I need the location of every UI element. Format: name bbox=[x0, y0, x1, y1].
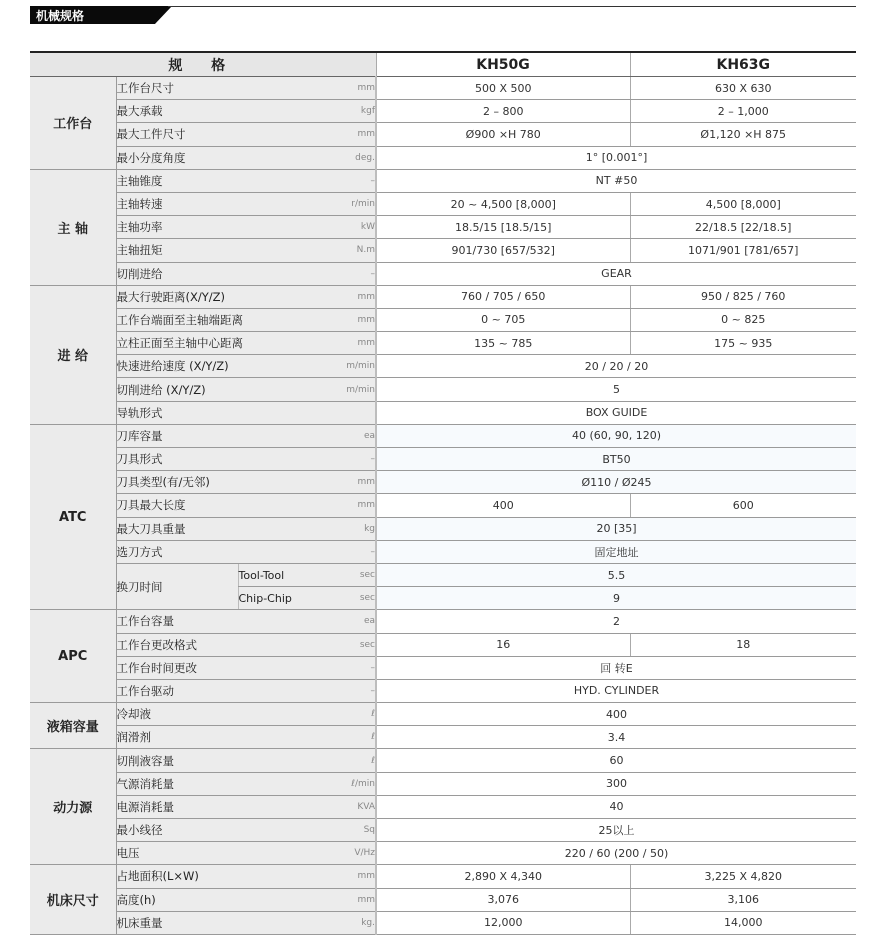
spec-item-label: 最小线径 bbox=[116, 819, 324, 842]
table-row: 选刀方式–固定地址 bbox=[30, 540, 856, 563]
unit-label: ℓ bbox=[324, 703, 376, 726]
value-kh50g: 901/730 [657/532] bbox=[376, 239, 630, 262]
unit-label: mm bbox=[324, 77, 376, 100]
shared-value: 5.5 bbox=[376, 563, 856, 586]
table-row: 快速进给速度 (X/Y/Z)m/min20 / 20 / 20 bbox=[30, 355, 856, 378]
spec-item-label: 刀具最大长度 bbox=[116, 494, 324, 517]
value-kh50g: 16 bbox=[376, 633, 630, 656]
spec-item-label: 机床重量 bbox=[116, 911, 324, 934]
unit-label: – bbox=[324, 262, 376, 285]
unit-label: kg bbox=[324, 517, 376, 540]
table-row: 切削进给 (X/Y/Z)m/min5 bbox=[30, 378, 856, 401]
value-kh63g: 22/18.5 [22/18.5] bbox=[630, 216, 856, 239]
value-kh50g: 0 ~ 705 bbox=[376, 308, 630, 331]
unit-label: kW bbox=[324, 216, 376, 239]
model-header-kh50g: KH50G bbox=[376, 52, 630, 77]
section-title: 机械规格 bbox=[36, 7, 84, 24]
table-row: 工作台工作台尺寸mm500 X 500630 X 630 bbox=[30, 77, 856, 100]
table-row: 主轴功率kW18.5/15 [18.5/15]22/18.5 [22/18.5] bbox=[30, 216, 856, 239]
table-row: ATC刀库容量ea40 (60, 90, 120) bbox=[30, 424, 856, 447]
category-label: APC bbox=[30, 610, 116, 703]
spec-table: 规 格 KH50G KH63G 工作台工作台尺寸mm500 X 500630 X… bbox=[30, 51, 856, 935]
spec-item-label: 占地面积(L×W) bbox=[116, 865, 324, 888]
shared-value: HYD. CYLINDER bbox=[376, 679, 856, 702]
table-row: 气源消耗量ℓ/min300 bbox=[30, 772, 856, 795]
table-row: 刀具最大长度mm400600 bbox=[30, 494, 856, 517]
category-label: 进 给 bbox=[30, 285, 116, 424]
spec-item-label: 最大工件尺寸 bbox=[116, 123, 324, 146]
category-label: 动力源 bbox=[30, 749, 116, 865]
unit-label: kgf bbox=[324, 100, 376, 123]
spec-item-label: 快速进给速度 (X/Y/Z) bbox=[116, 355, 324, 378]
unit-label bbox=[324, 401, 376, 424]
spec-subitem-label: Tool-Tool bbox=[238, 563, 324, 586]
spec-item-label: 气源消耗量 bbox=[116, 772, 324, 795]
spec-item-label: 刀库容量 bbox=[116, 424, 324, 447]
value-kh63g: 18 bbox=[630, 633, 856, 656]
table-row: 立柱正面至主轴中心距离mm135 ~ 785175 ~ 935 bbox=[30, 332, 856, 355]
value-kh50g: 18.5/15 [18.5/15] bbox=[376, 216, 630, 239]
section-title-bar: 机械规格 bbox=[30, 6, 856, 24]
unit-label: ℓ bbox=[324, 749, 376, 772]
unit-label: ea bbox=[324, 424, 376, 447]
spec-item-label: 主轴功率 bbox=[116, 216, 324, 239]
table-row: 导轨形式BOX GUIDE bbox=[30, 401, 856, 424]
spec-item-label: 工作台时间更改 bbox=[116, 656, 324, 679]
unit-label: kg. bbox=[324, 911, 376, 934]
spec-item-label: 工作台驱动 bbox=[116, 679, 324, 702]
table-row: 进 给最大行驶距离(X/Y/Z)mm760 / 705 / 650950 / 8… bbox=[30, 285, 856, 308]
shared-value: BT50 bbox=[376, 448, 856, 471]
value-kh63g: 4,500 [8,000] bbox=[630, 192, 856, 215]
table-row: 动力源切削液容量ℓ60 bbox=[30, 749, 856, 772]
spec-item-label: 工作台端面至主轴端距离 bbox=[116, 308, 324, 331]
unit-label: mm bbox=[324, 471, 376, 494]
table-row: 最小分度角度deg.1° [0.001°] bbox=[30, 146, 856, 169]
shared-value: 9 bbox=[376, 587, 856, 610]
shared-value: 回 转E bbox=[376, 656, 856, 679]
table-row: 液箱容量冷却液ℓ400 bbox=[30, 703, 856, 726]
spec-item-label: 电压 bbox=[116, 842, 324, 865]
spec-item-label: 高度(h) bbox=[116, 888, 324, 911]
table-row: 润滑剂ℓ3.4 bbox=[30, 726, 856, 749]
shared-value: 25以上 bbox=[376, 819, 856, 842]
spec-item-label: 选刀方式 bbox=[116, 540, 324, 563]
shared-value: GEAR bbox=[376, 262, 856, 285]
unit-label: V/Hz bbox=[324, 842, 376, 865]
value-kh50g: 20 ~ 4,500 [8,000] bbox=[376, 192, 630, 215]
unit-label: m/min bbox=[324, 378, 376, 401]
value-kh63g: 2 – 1,000 bbox=[630, 100, 856, 123]
value-kh63g: 950 / 825 / 760 bbox=[630, 285, 856, 308]
unit-label: – bbox=[324, 679, 376, 702]
table-row: 机床重量kg.12,00014,000 bbox=[30, 911, 856, 934]
unit-label: ℓ bbox=[324, 726, 376, 749]
unit-label: sec bbox=[324, 633, 376, 656]
table-row: 最大工件尺寸mmØ900 ×H 780Ø1,120 ×H 875 bbox=[30, 123, 856, 146]
shared-value: 60 bbox=[376, 749, 856, 772]
table-row: 机床尺寸占地面积(L×W)mm2,890 X 4,3403,225 X 4,82… bbox=[30, 865, 856, 888]
title-divider bbox=[168, 6, 856, 7]
table-header-row: 规 格 KH50G KH63G bbox=[30, 52, 856, 77]
shared-value: 400 bbox=[376, 703, 856, 726]
unit-label: mm bbox=[324, 888, 376, 911]
shared-value: 固定地址 bbox=[376, 540, 856, 563]
unit-label: mm bbox=[324, 332, 376, 355]
spec-item-label: 最大刀具重量 bbox=[116, 517, 324, 540]
spec-item-label: 导轨形式 bbox=[116, 401, 324, 424]
unit-label: – bbox=[324, 448, 376, 471]
value-kh50g: Ø900 ×H 780 bbox=[376, 123, 630, 146]
value-kh63g: 14,000 bbox=[630, 911, 856, 934]
value-kh63g: 600 bbox=[630, 494, 856, 517]
shared-value: 1° [0.001°] bbox=[376, 146, 856, 169]
table-row: 工作台更改格式sec1618 bbox=[30, 633, 856, 656]
table-row: 刀具形式–BT50 bbox=[30, 448, 856, 471]
spec-item-label: 主轴扭矩 bbox=[116, 239, 324, 262]
spec-item-label: 冷却液 bbox=[116, 703, 324, 726]
unit-label: mm bbox=[324, 865, 376, 888]
table-row: 工作台端面至主轴端距离mm0 ~ 7050 ~ 825 bbox=[30, 308, 856, 331]
table-row: 工作台时间更改–回 转E bbox=[30, 656, 856, 679]
spec-item-label: 立柱正面至主轴中心距离 bbox=[116, 332, 324, 355]
spec-item-label: 最小分度角度 bbox=[116, 146, 324, 169]
unit-label: sec bbox=[324, 587, 376, 610]
value-kh63g: 630 X 630 bbox=[630, 77, 856, 100]
shared-value: 5 bbox=[376, 378, 856, 401]
shared-value: 3.4 bbox=[376, 726, 856, 749]
table-row: 最小线径Sq25以上 bbox=[30, 819, 856, 842]
spec-item-label: 润滑剂 bbox=[116, 726, 324, 749]
table-row: 主轴扭矩N.m901/730 [657/532]1071/901 [781/65… bbox=[30, 239, 856, 262]
spec-item-label: 主轴锥度 bbox=[116, 169, 324, 192]
category-label: ATC bbox=[30, 424, 116, 610]
value-kh63g: Ø1,120 ×H 875 bbox=[630, 123, 856, 146]
table-row: 工作台驱动–HYD. CYLINDER bbox=[30, 679, 856, 702]
spec-item-label: 工作台尺寸 bbox=[116, 77, 324, 100]
spec-item-label: 最大承载 bbox=[116, 100, 324, 123]
spec-table-body: 工作台工作台尺寸mm500 X 500630 X 630最大承载kgf2 – 8… bbox=[30, 77, 856, 935]
spec-column-header: 规 格 bbox=[30, 52, 376, 77]
value-kh63g: 3,225 X 4,820 bbox=[630, 865, 856, 888]
value-kh63g: 1071/901 [781/657] bbox=[630, 239, 856, 262]
spec-subitem-label: Chip-Chip bbox=[238, 587, 324, 610]
table-row: 主轴转速r/min20 ~ 4,500 [8,000]4,500 [8,000] bbox=[30, 192, 856, 215]
table-row: 电压V/Hz220 / 60 (200 / 50) bbox=[30, 842, 856, 865]
spec-item-label: 工作台容量 bbox=[116, 610, 324, 633]
shared-value: 20 / 20 / 20 bbox=[376, 355, 856, 378]
unit-label: ℓ/min bbox=[324, 772, 376, 795]
value-kh50g: 3,076 bbox=[376, 888, 630, 911]
shared-value: 40 bbox=[376, 795, 856, 818]
unit-label: KVA bbox=[324, 795, 376, 818]
value-kh50g: 760 / 705 / 650 bbox=[376, 285, 630, 308]
spec-item-label: 刀具形式 bbox=[116, 448, 324, 471]
unit-label: – bbox=[324, 540, 376, 563]
table-row: 电源消耗量KVA40 bbox=[30, 795, 856, 818]
category-label: 机床尺寸 bbox=[30, 865, 116, 935]
category-label: 主 轴 bbox=[30, 169, 116, 285]
value-kh63g: 0 ~ 825 bbox=[630, 308, 856, 331]
shared-value: 2 bbox=[376, 610, 856, 633]
table-row: 最大承载kgf2 – 8002 – 1,000 bbox=[30, 100, 856, 123]
model-header-kh63g: KH63G bbox=[630, 52, 856, 77]
spec-item-label: 切削液容量 bbox=[116, 749, 324, 772]
spec-item-label: 切削进给 bbox=[116, 262, 324, 285]
unit-label: mm bbox=[324, 494, 376, 517]
spec-item-label: 换刀时间 bbox=[116, 563, 238, 609]
unit-label: N.m bbox=[324, 239, 376, 262]
table-row: 刀具类型(有/无邻)mmØ110 / Ø245 bbox=[30, 471, 856, 494]
shared-value: 220 / 60 (200 / 50) bbox=[376, 842, 856, 865]
category-label: 液箱容量 bbox=[30, 703, 116, 749]
spec-item-label: 切削进给 (X/Y/Z) bbox=[116, 378, 324, 401]
spec-item-label: 刀具类型(有/无邻) bbox=[116, 471, 324, 494]
shared-value: 300 bbox=[376, 772, 856, 795]
shared-value: NT #50 bbox=[376, 169, 856, 192]
spec-item-label: 最大行驶距离(X/Y/Z) bbox=[116, 285, 324, 308]
unit-label: mm bbox=[324, 285, 376, 308]
value-kh50g: 2 – 800 bbox=[376, 100, 630, 123]
spec-item-label: 工作台更改格式 bbox=[116, 633, 324, 656]
unit-label: – bbox=[324, 169, 376, 192]
value-kh50g: 2,890 X 4,340 bbox=[376, 865, 630, 888]
table-row: 最大刀具重量kg20 [35] bbox=[30, 517, 856, 540]
table-row: 切削进给–GEAR bbox=[30, 262, 856, 285]
value-kh63g: 175 ~ 935 bbox=[630, 332, 856, 355]
unit-label: mm bbox=[324, 308, 376, 331]
shared-value: 40 (60, 90, 120) bbox=[376, 424, 856, 447]
shared-value: 20 [35] bbox=[376, 517, 856, 540]
value-kh63g: 3,106 bbox=[630, 888, 856, 911]
value-kh50g: 135 ~ 785 bbox=[376, 332, 630, 355]
table-row: 高度(h)mm3,0763,106 bbox=[30, 888, 856, 911]
unit-label: – bbox=[324, 656, 376, 679]
value-kh50g: 400 bbox=[376, 494, 630, 517]
table-row: APC工作台容量ea2 bbox=[30, 610, 856, 633]
category-label: 工作台 bbox=[30, 77, 116, 170]
value-kh50g: 500 X 500 bbox=[376, 77, 630, 100]
unit-label: sec bbox=[324, 563, 376, 586]
value-kh50g: 12,000 bbox=[376, 911, 630, 934]
table-row: 换刀时间Tool-Toolsec5.5 bbox=[30, 563, 856, 586]
unit-label: deg. bbox=[324, 146, 376, 169]
unit-label: m/min bbox=[324, 355, 376, 378]
unit-label: r/min bbox=[324, 192, 376, 215]
shared-value: BOX GUIDE bbox=[376, 401, 856, 424]
unit-label: ea bbox=[324, 610, 376, 633]
spec-item-label: 主轴转速 bbox=[116, 192, 324, 215]
unit-label: Sq bbox=[324, 819, 376, 842]
table-row: 主 轴主轴锥度–NT #50 bbox=[30, 169, 856, 192]
shared-value: Ø110 / Ø245 bbox=[376, 471, 856, 494]
spec-item-label: 电源消耗量 bbox=[116, 795, 324, 818]
unit-label: mm bbox=[324, 123, 376, 146]
